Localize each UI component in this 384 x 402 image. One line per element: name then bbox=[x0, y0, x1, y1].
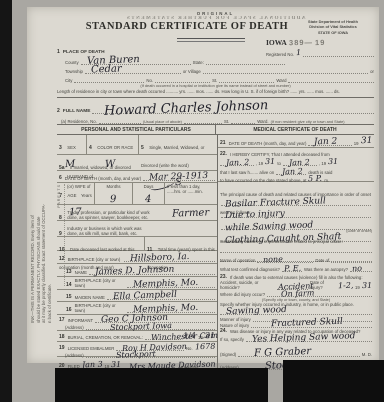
accident-question-label: Accident, suicide, or homicide? bbox=[220, 280, 275, 290]
where-injury-row: Where did injury occur? On farm (Specify… bbox=[218, 290, 374, 302]
mother-birthplace-entry-line: Memphis, Mo. bbox=[127, 306, 215, 313]
attended-to-year: 31 bbox=[328, 158, 338, 166]
dob-entry-line: Mar 29-1913 bbox=[143, 174, 215, 181]
age-label: AGE bbox=[67, 193, 76, 198]
father-name-entry-line: James D. Johnson bbox=[89, 268, 215, 275]
certificate-title: STANDARD CERTIFICATE OF DEATH bbox=[57, 21, 317, 32]
certificate-number-stamp: 389— bbox=[289, 38, 313, 47]
field-number: 18 bbox=[59, 334, 65, 340]
last-saw-line: Jan 2 bbox=[276, 168, 306, 175]
if-so-specify-label: If so, specify bbox=[220, 337, 244, 342]
year-stamp: 19 bbox=[315, 38, 325, 47]
residence-row: (a) Residence, No. (Usual place of abode… bbox=[57, 114, 374, 124]
race-label: COLOR OR RACE bbox=[97, 145, 133, 150]
age-row: 7 AGE Years 17 Months 9 Days bbox=[57, 183, 217, 205]
maiden-name-value: Ella Campbell bbox=[113, 291, 177, 302]
field-number: 3 bbox=[59, 145, 62, 151]
original-label: ORIGINAL bbox=[57, 11, 374, 16]
ward-label: Ward bbox=[276, 78, 286, 83]
st-label: St. bbox=[224, 119, 229, 124]
external-causes-header-row: 23. If death was due to external causes … bbox=[218, 272, 374, 280]
field-number: 15 bbox=[66, 294, 72, 300]
informant-address-entry-line: Stockport Iowa bbox=[86, 323, 215, 330]
title-rule bbox=[177, 38, 245, 42]
occupation-related-value: Yes Helping Saw wood bbox=[252, 332, 356, 345]
industry-label: Industry or business in which work was d… bbox=[67, 226, 153, 236]
birthplace-label: BIRTHPLACE (city or town) bbox=[68, 257, 122, 262]
burial-row: 18 BURIAL, CREMATION, OR REMOVAL: Winche… bbox=[57, 331, 217, 342]
spouse-row: 5a If married, widowed, or divorced HUSB… bbox=[57, 155, 217, 171]
dod-year-prefix: 19 bbox=[354, 141, 359, 146]
scanned-death-certificate: INK—THIS IS A PERMANENT RECORD. Every it… bbox=[0, 0, 384, 402]
medical-column: 21 DATE OF DEATH (month, day, and year) … bbox=[218, 135, 374, 370]
city-label: City bbox=[65, 78, 72, 83]
spouse-label: If married, widowed, or divorced bbox=[70, 165, 131, 170]
date-of-birth-row: 6 DATE OF BIRTH (month, day, and year) M… bbox=[57, 171, 217, 183]
field-number: 13 bbox=[66, 269, 72, 275]
dotted-rule bbox=[220, 247, 372, 253]
cause-line: Due to injury bbox=[221, 206, 371, 218]
personal-column: PARENTS 3 SEX M 4 COLOR OR RACE W bbox=[57, 135, 218, 370]
diagnosis-test-row: What test confirmed diagnosis? P. E. Was… bbox=[218, 263, 374, 272]
township-entry-line: Cedar bbox=[85, 67, 181, 74]
dotted-rule bbox=[231, 118, 255, 124]
nonresident-note: (If non resident give city or town and S… bbox=[271, 119, 345, 124]
scan-left-black-edge bbox=[0, 0, 12, 402]
township-row: Township Cedar or Village or bbox=[57, 65, 374, 74]
father-birthplace-label: BIRTHPLACE (city or town) bbox=[75, 278, 125, 288]
birthplace-row: 12 BIRTHPLACE (city or town) Hillsboro, … bbox=[57, 251, 217, 264]
industry-row: 9 Industry or business in which work was… bbox=[57, 221, 217, 237]
specify-injury-row: Specify whether injury occurred in indus… bbox=[218, 302, 374, 316]
age-less-than-day-label: If less than 1 day, ......hrs. or ......… bbox=[167, 184, 215, 194]
date-of-death-row: 21 DATE OF DEATH (month, day, and year) … bbox=[218, 135, 374, 148]
cause-line: Basilar Fracture Skull bbox=[221, 194, 371, 206]
field-number: 4 bbox=[89, 145, 92, 151]
cause-line: while Sawing wood bbox=[221, 218, 371, 230]
dob-value: Mar 29-1913 bbox=[149, 172, 208, 183]
occupation-related-row: 24. Was disease or injury in any way rel… bbox=[218, 328, 374, 344]
test-entry-line: P. E. bbox=[282, 265, 302, 272]
age-years-label: Years bbox=[81, 193, 92, 198]
undertaker-row: 19 LICENSED EMBALMER Roy H Davidson No. … bbox=[57, 342, 217, 357]
dotted-rule bbox=[155, 77, 210, 83]
scan-bottom-right-black-block bbox=[283, 360, 384, 402]
personal-section-title: PERSONAL AND STATISTICAL PARTICULARS bbox=[57, 125, 215, 134]
father-name-row: 13 NAME James D. Johnson bbox=[57, 264, 217, 277]
dotted-rule bbox=[99, 118, 141, 124]
specify-entry-line: Sawing wood bbox=[220, 307, 372, 315]
dotted-rule bbox=[219, 77, 274, 83]
maiden-name-label: MAIDEN NAME bbox=[75, 295, 105, 300]
form-columns: PARENTS 3 SEX M 4 COLOR OR RACE W bbox=[57, 134, 374, 370]
city-row: City No. St. Ward bbox=[57, 74, 374, 83]
dotted-rule bbox=[288, 77, 374, 83]
maiden-name-entry-line: Ella Campbell bbox=[107, 293, 215, 300]
father-birthplace-value: Memphis, Mo. bbox=[132, 279, 197, 290]
operation-entry-line: none bbox=[257, 256, 313, 263]
full-name-row: 2 FULL NAME Howard Charles Johnson bbox=[57, 97, 374, 114]
department-block: State Department of Health Division of V… bbox=[294, 19, 372, 35]
age-months-label: Months bbox=[97, 184, 130, 189]
operation-row: Name of operation none Date of bbox=[218, 254, 374, 263]
field-number: 21 bbox=[220, 140, 226, 146]
attended-to-line: Jan 2 bbox=[283, 159, 317, 166]
state-name: IOWA bbox=[266, 38, 287, 47]
dept-line: STATE OF IOWA bbox=[294, 30, 372, 35]
certificate-form: ADDITIONAL SPACE FOR FURTHER STATEMENTS … bbox=[57, 11, 374, 357]
dod-label: DATE OF DEATH (month, day, and year) bbox=[229, 141, 307, 146]
trade-label: Trade, profession, or particular kind of… bbox=[67, 210, 153, 220]
sex-label: SEX bbox=[67, 145, 76, 150]
attended-from-year: 31 bbox=[265, 158, 275, 166]
informant-row: 17 INFORMANT Geo C Johnson (Address) Sto… bbox=[57, 315, 217, 331]
dod-entry-line: Jan 2 bbox=[308, 139, 351, 146]
dob-label: DATE OF BIRTH (month, day, and year) bbox=[65, 176, 141, 181]
abode-note: (Usual place of abode) bbox=[143, 119, 182, 124]
occupation-dates-row: 10 Date deceased last worked at this occ… bbox=[57, 237, 217, 251]
no-label: No. bbox=[146, 78, 153, 83]
burial-place-entry-line: Winchester Cem bbox=[145, 333, 181, 340]
nature-entry-line: Fractured Skull bbox=[251, 321, 372, 328]
ward-label: Ward. bbox=[257, 119, 268, 124]
nature-of-injury-rows: Manner of injury Nature of injury Fractu… bbox=[218, 316, 374, 328]
residence-label: (a) Residence, No. bbox=[61, 119, 97, 124]
dod-value: Jan 2 bbox=[314, 138, 338, 148]
birthplace-value: Hillsboro, Ia. bbox=[129, 253, 189, 264]
informant-address-label: (Address) bbox=[65, 325, 84, 330]
field-number: 16 bbox=[66, 307, 72, 313]
contributory-label: Contributory causes of importance not re… bbox=[220, 239, 372, 244]
field-number: 6 bbox=[59, 175, 62, 181]
where-entry-line: On farm bbox=[267, 290, 372, 297]
age-days-value: 4 bbox=[145, 195, 152, 205]
full-name-entry-line: Howard Charles Johnson bbox=[92, 105, 374, 114]
st-label: St. bbox=[212, 78, 217, 83]
field-number: 14 bbox=[66, 282, 72, 288]
burial-year-value: 31 bbox=[205, 332, 215, 340]
father-name-label: NAME bbox=[75, 270, 87, 275]
injury-date-value: 1-2, bbox=[337, 282, 353, 291]
mother-maiden-row: 15 MAIDEN NAME Ella Campbell bbox=[57, 290, 217, 302]
medical-section-title: MEDICAL CERTIFICATE OF DEATH bbox=[215, 125, 374, 134]
injury-year-value: 31 bbox=[362, 282, 372, 290]
cause-of-death-block: Basilar Fracture Skull Due to injury whi… bbox=[218, 194, 374, 238]
age-days-label: Days bbox=[135, 184, 162, 189]
certificate-paper: INK—THIS IS A PERMANENT RECORD. Every it… bbox=[27, 7, 379, 363]
birthplace-entry-line: Hillsboro, Ia. bbox=[124, 255, 215, 262]
residence-length-note: Length of residence in city or town wher… bbox=[57, 89, 374, 97]
mother-birthplace-label: BIRTHPLACE (city or town) bbox=[75, 303, 125, 313]
scan-bottom-left-black-block bbox=[55, 368, 268, 402]
age-months-value: 9 bbox=[110, 195, 117, 205]
section-titles: PERSONAL AND STATISTICAL PARTICULARS MED… bbox=[57, 124, 374, 134]
burial-label: BURIAL, CREMATION, OR REMOVAL: bbox=[68, 335, 143, 340]
attended-from-line: Jan. 2 bbox=[220, 159, 254, 166]
field-number: 7 bbox=[59, 193, 62, 199]
certificate-header: ADDITIONAL SPACE FOR FURTHER STATEMENTS … bbox=[57, 11, 374, 47]
dotted-rule bbox=[184, 118, 222, 124]
dod-year-value: 31 bbox=[360, 137, 372, 146]
sex-race-marital-row: 3 SEX M 4 COLOR OR RACE W 5 bbox=[57, 135, 217, 155]
father-birthplace-entry-line: Memphis, Mo. bbox=[127, 281, 215, 288]
place-of-death-row: 1 PLACE OF DEATH bbox=[57, 47, 374, 55]
burial-date-value: 1/4 bbox=[183, 332, 196, 340]
father-name-value: James D. Johnson bbox=[95, 266, 175, 278]
trade-row: 8 Trade, profession, or particular kind … bbox=[57, 205, 217, 221]
contributory-block: Contributory causes of importance not re… bbox=[218, 238, 374, 254]
where-injury-label: Where did injury occur? bbox=[220, 292, 265, 297]
margin-note-line: n back of certificate. bbox=[47, 41, 53, 323]
signed-row: (Signed) F G Graber M. D. bbox=[218, 344, 374, 357]
dotted-rule bbox=[74, 77, 144, 83]
field-number: 12 bbox=[59, 256, 65, 262]
autopsy-entry-line: no bbox=[350, 265, 372, 272]
certify-block: 22. I HEREBY CERTIFY, That I attended de… bbox=[218, 148, 374, 182]
where-value: On farm bbox=[281, 289, 315, 298]
father-birthplace-row: 14 BIRTHPLACE (city or town) Memphis, Mo… bbox=[57, 277, 217, 290]
left-margin-instructions: INK—THIS IS A PERMANENT RECORD. Every it… bbox=[30, 41, 53, 323]
principal-cause-label-row: The principal cause of death and related… bbox=[218, 182, 374, 194]
field-number: 5 bbox=[141, 145, 144, 151]
occupation-related-entry-line: Yes Helping Saw wood bbox=[246, 335, 372, 342]
signature-entry-line: F G Graber bbox=[238, 350, 359, 357]
trade-value: Farmer bbox=[172, 208, 210, 219]
